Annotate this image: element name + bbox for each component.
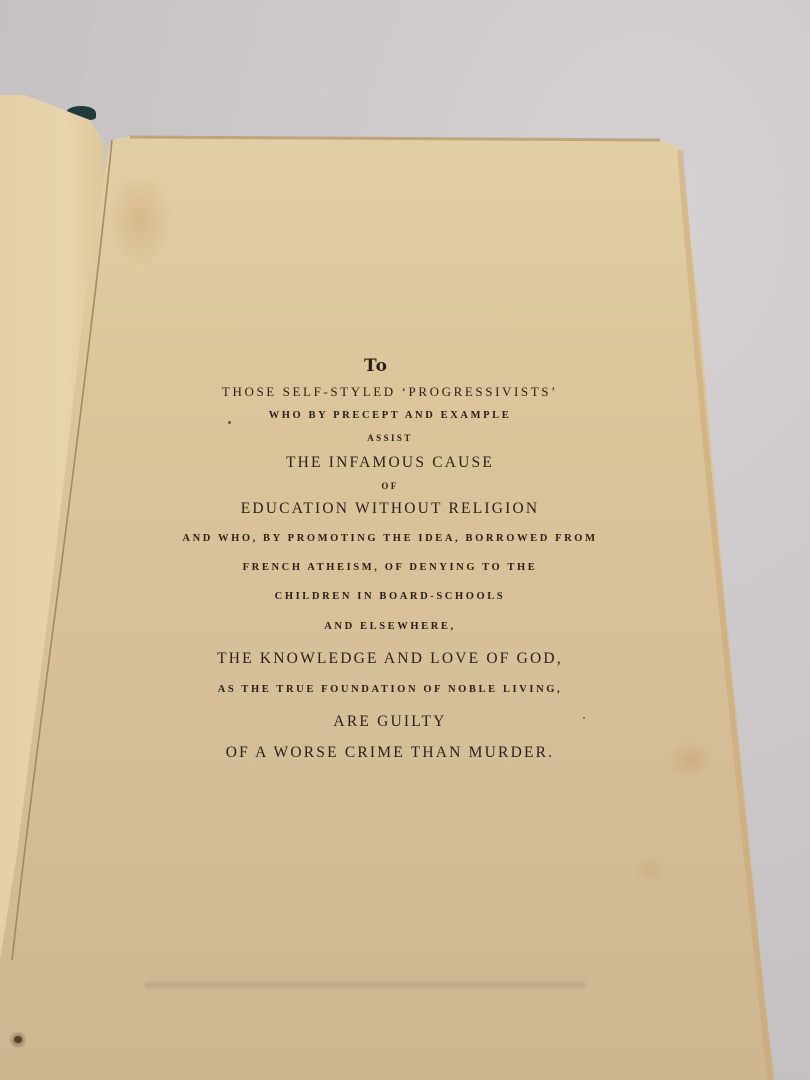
paper-speck: [228, 421, 231, 424]
dedication-text: To THOSE SELF-STYLED ‘PROGRESSIVISTS’ WH…: [120, 0, 720, 1080]
dedication-line: THOSE SELF-STYLED ‘PROGRESSIVISTS’: [120, 384, 660, 400]
dedication-line: WHO BY PRECEPT AND EXAMPLE: [120, 410, 660, 421]
dedication-line-to: To: [346, 356, 406, 376]
dedication-line: ASSIST: [120, 433, 660, 443]
dedication-line: ARE GUILTY: [120, 713, 660, 731]
dedication-line: FRENCH ATHEISM, OF DENYING TO THE: [120, 562, 660, 573]
dedication-line: THE KNOWLEDGE AND LOVE OF GOD,: [120, 650, 660, 668]
dedication-line: AND WHO, BY PROMOTING THE IDEA, BORROWED…: [120, 533, 660, 544]
dedication-line: AS THE TRUE FOUNDATION OF NOBLE LIVING,: [120, 684, 660, 695]
dedication-line: OF A WORSE CRIME THAN MURDER.: [120, 744, 660, 762]
show-through-text: [145, 982, 585, 988]
dedication-line: OF: [120, 481, 660, 491]
dedication-line: THE INFAMOUS CAUSE: [120, 454, 660, 472]
paper-speck: [583, 717, 585, 719]
paper-stain: [14, 1036, 22, 1043]
dedication-line: EDUCATION WITHOUT RELIGION: [120, 500, 660, 518]
dedication-line: AND ELSEWHERE,: [120, 621, 660, 632]
dedication-line: CHILDREN IN BOARD-SCHOOLS: [120, 591, 660, 602]
